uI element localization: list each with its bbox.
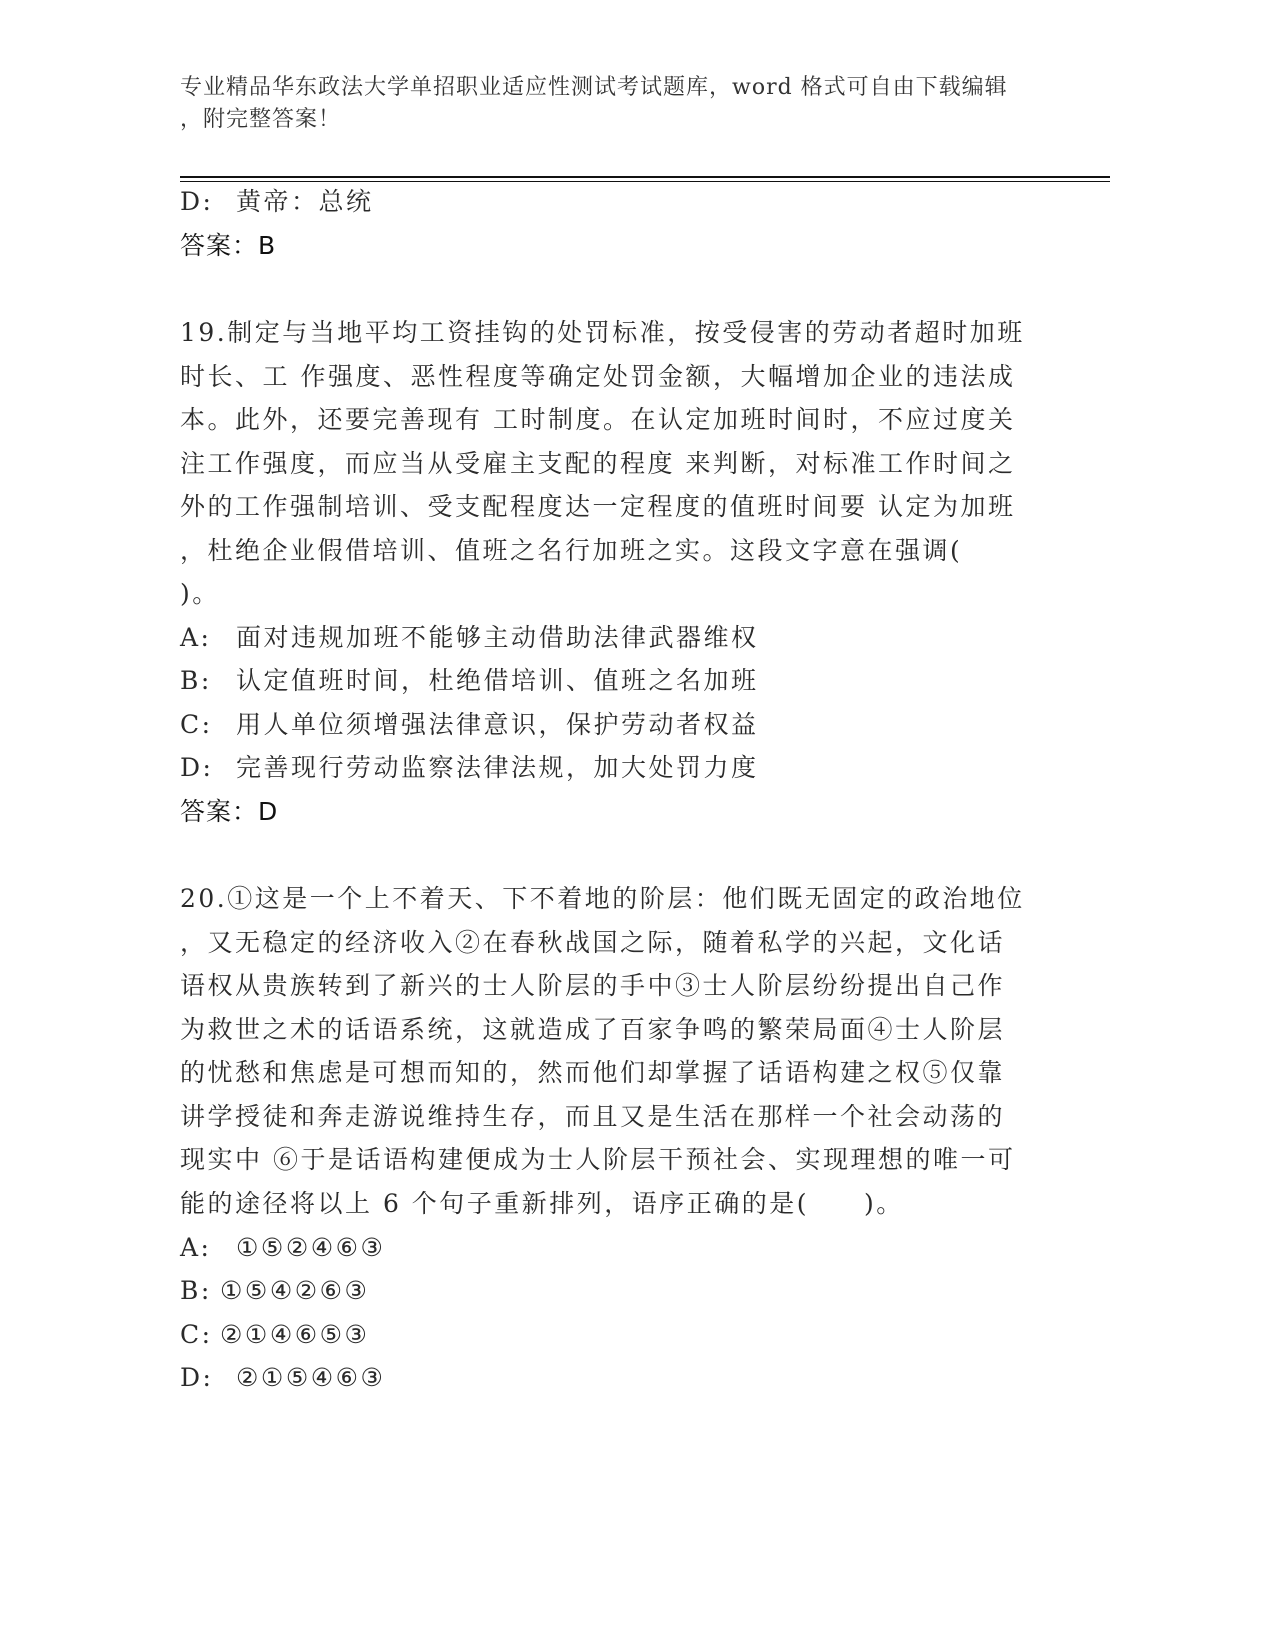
- q20-stem-line: ，又无稳定的经济收入②在春秋战国之际，随着私学的兴起，文化话: [180, 928, 1005, 958]
- q20-stem-line: 能的途径将以上 6 个句子重新排列，语序正确的是( )。: [180, 1189, 904, 1219]
- q19-option-d: D:完善现行劳动监察法律法规，加大处罚力度: [180, 753, 759, 783]
- option-key: C:: [180, 710, 236, 740]
- header-divider-thick: [180, 176, 1110, 178]
- option-text: ②①⑤④⑥③: [236, 1363, 385, 1392]
- q19-stem-line: 本。此外，还要完善现有 工时制度。在认定加班时间时，不应过度关: [180, 405, 1015, 435]
- option-text: 面对违规加班不能够主动借助法律武器维权: [236, 623, 759, 652]
- q20-stem-line: 的忧愁和焦虑是可想而知的，然而他们却掌握了话语构建之权⑤仅靠: [180, 1058, 1005, 1088]
- q20-stem-line: 语权从贵族转到了新兴的士人阶层的手中③士人阶层纷纷提出自己作: [180, 971, 1005, 1001]
- q19-stem-line: 注工作强度，而应当从受雇主支配的程度 来判断，对标准工作时间之: [180, 449, 1015, 479]
- option-text: ①⑤④②⑥③: [220, 1276, 369, 1305]
- header-line-2: ，附完整答案！: [180, 104, 1040, 136]
- q19-option-b: B:认定值班时间，杜绝借培训、值班之名加班: [180, 666, 759, 696]
- option-key: A:: [180, 623, 236, 653]
- prev-option-d: D:黄帝：总统: [180, 187, 374, 217]
- q20-option-c: C:②①④⑥⑤③: [180, 1320, 369, 1350]
- q19-stem-line: 时长、工 作强度、恶性程度等确定处罚金额，大幅增加企业的违法成: [180, 362, 1015, 392]
- q20-stem-line: 20.①这是一个上不着天、下不着地的阶层：他们既无固定的政治地位: [180, 884, 1025, 914]
- q19-stem-line: 外的工作强制培训、受支配程度达一定程度的值班时间要 认定为加班: [180, 492, 1015, 522]
- option-key: B:: [180, 666, 236, 696]
- q19-option-c: C:用人单位须增强法律意识，保护劳动者权益: [180, 710, 759, 740]
- q19-stem-line: ，杜绝企业假借培训、值班之名行加班之实。这段文字意在强调(: [180, 536, 962, 566]
- option-key: A:: [180, 1233, 236, 1263]
- q19-answer: 答案：D: [180, 797, 278, 827]
- q20-stem-line: 为救世之术的话语系统，这就造成了百家争鸣的繁荣局面④士人阶层: [180, 1015, 1005, 1045]
- q20-stem-line: 讲学授徒和奔走游说维持生存，而且又是生活在那样一个社会动荡的: [180, 1102, 1005, 1132]
- document-header: 专业精品华东政法大学单招职业适应性测试考试题库，word 格式可自由下载编辑 ，…: [180, 72, 1040, 136]
- prev-answer: 答案：B: [180, 231, 276, 261]
- option-text: ②①④⑥⑤③: [220, 1320, 369, 1349]
- q19-stem-line: )。: [180, 579, 220, 609]
- option-key: D:: [180, 1363, 236, 1393]
- q20-option-b: B:①⑤④②⑥③: [180, 1276, 369, 1306]
- option-key: D:: [180, 753, 236, 783]
- option-text: ①⑤②④⑥③: [236, 1233, 385, 1262]
- option-key: D:: [180, 187, 236, 217]
- q20-option-a: A:①⑤②④⑥③: [180, 1233, 385, 1263]
- option-text: 黄帝：总统: [236, 187, 374, 216]
- header-divider-thin: [180, 181, 1110, 182]
- option-text: 完善现行劳动监察法律法规，加大处罚力度: [236, 753, 759, 782]
- option-key: B:: [180, 1276, 220, 1306]
- q19-option-a: A:面对违规加班不能够主动借助法律武器维权: [180, 623, 759, 653]
- q20-option-d: D:②①⑤④⑥③: [180, 1363, 385, 1393]
- option-text: 用人单位须增强法律意识，保护劳动者权益: [236, 710, 759, 739]
- header-line-1: 专业精品华东政法大学单招职业适应性测试考试题库，word 格式可自由下载编辑: [180, 72, 1040, 104]
- option-key: C:: [180, 1320, 220, 1350]
- q20-stem-line: 现实中 ⑥于是话语构建便成为士人阶层干预社会、实现理想的唯一可: [180, 1145, 1015, 1175]
- option-text: 认定值班时间，杜绝借培训、值班之名加班: [236, 666, 759, 695]
- q19-stem-line: 19.制定与当地平均工资挂钩的处罚标准，按受侵害的劳动者超时加班: [180, 318, 1025, 348]
